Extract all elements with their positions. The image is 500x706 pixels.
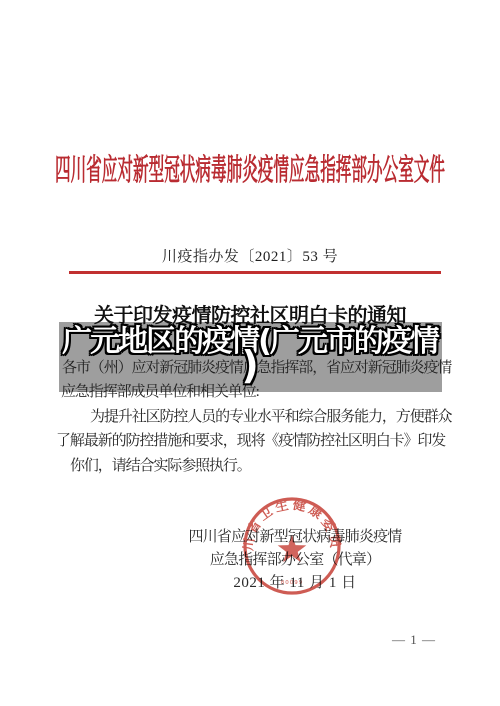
letterhead-org-name: 四川省应对新型冠状病毒肺炎疫情应急指挥部办公室文件 xyxy=(55,154,445,188)
seal-star-icon xyxy=(278,535,307,562)
scanned-document-page: 四川省应对新型冠状病毒肺炎疫情应急指挥部办公室文件 川疫指办发〔2021〕53 … xyxy=(0,0,500,706)
body-line-paragraph-3: 你们，请结合实际参照执行。 xyxy=(70,454,251,475)
page-number: — 1 — xyxy=(374,632,454,648)
doc-number: 川疫指办发〔2021〕53 号 xyxy=(0,245,500,266)
official-seal-icon: 四川省卫生健康委员会 80099 xyxy=(240,494,344,598)
red-divider-line xyxy=(69,271,441,274)
letterhead: 四川省应对新型冠状病毒肺炎疫情应急指挥部办公室文件 xyxy=(0,154,500,188)
seal-code: 80099 xyxy=(281,580,304,586)
caption-text-line2: ) xyxy=(0,343,500,387)
body-line-paragraph-1: 为提升社区防控人员的专业水平和综合服务能力，方便群众 xyxy=(90,405,451,426)
body-line-paragraph-2: 了解最新的防控措施和要求，现将《疫情防控社区明白卡》印发 xyxy=(56,429,445,450)
